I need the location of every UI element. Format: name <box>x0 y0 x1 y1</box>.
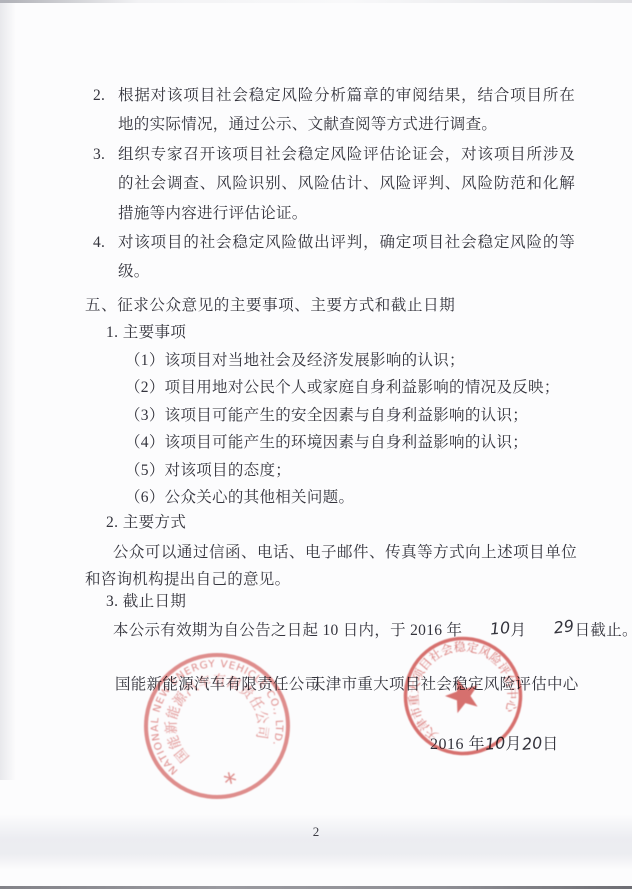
subsection-label-deadline: 3. 截止日期 <box>106 589 186 611</box>
list-item: （4）该项目可能产生的环境因素与自身利益影响的认识； <box>125 429 560 456</box>
list-item: （5）对该项目的态度； <box>125 457 560 484</box>
list-item-number: 4. <box>93 228 105 257</box>
seal-english-text: NATIONAL NEW ENERGY VEHICLE CO., LTD. <box>136 645 292 780</box>
subsection-label-main-items: 1. 主要事项 <box>106 320 186 342</box>
list-item: （6）公众关心的其他相关问题。 <box>125 484 560 511</box>
subsection-label-main-methods: 2. 主要方式 <box>106 510 186 532</box>
scan-left-edge <box>0 0 16 780</box>
main-items-list: （1）该项目对当地社会及经济发展影响的认识； （2）项目用地对公民个人或家庭自身… <box>125 347 560 511</box>
scanned-document-page: 2. 根据对该项目社会稳定风险分析篇章的审阅结果，结合项目所在地的实际情况，通过… <box>0 0 632 895</box>
list-item-text: 对该项目的社会稳定风险做出评判，确定项目社会稳定风险的等级。 <box>118 234 575 280</box>
list-item: （2）项目用地对公民个人或家庭自身利益影响的情况及反映； <box>125 374 560 401</box>
assessment-center-seal-stamp: 天津市重大项目社会稳定风险评估中心 <box>393 626 533 766</box>
section-heading: 五、征求公众意见的主要事项、主要方式和截止日期 <box>85 293 455 315</box>
day-unit: 日 <box>542 736 559 753</box>
list-item: （1）该项目对当地社会及经济发展影响的认识； <box>125 347 560 374</box>
methods-paragraph: 公众可以通过信函、电话、电子邮件、传真等方式向上述项目单位和咨询机构提出自己的意… <box>85 539 577 594</box>
list-item-number: 3. <box>93 140 105 169</box>
company-seal-stamp: NATIONAL NEW ENERGY VEHICLE CO., LTD. 国能… <box>132 641 302 811</box>
seal-star-icon <box>441 674 484 716</box>
svg-text:NATIONAL NEW ENERGY VEHICLE CO: NATIONAL NEW ENERGY VEHICLE CO., LTD. <box>136 645 292 780</box>
list-item: 4. 对该项目的社会稳定风险做出评判，确定项目社会稳定风险的等级。 <box>93 228 575 287</box>
list-item: 2. 根据对该项目社会稳定风险分析篇章的审阅结果，结合项目所在地的实际情况，通过… <box>93 81 575 140</box>
scan-crease-shadow <box>0 814 632 870</box>
scan-background <box>0 889 632 895</box>
list-item: （3）该项目可能产生的安全因素与自身利益影响的认识； <box>125 402 560 429</box>
deadline-suffix: 日截止。 <box>575 622 632 639</box>
list-item-text: 根据对该项目社会稳定风险分析篇章的审阅结果，结合项目所在地的实际情况，通过公示、… <box>118 87 575 133</box>
list-item: 3. 组织专家召开该项目社会稳定风险评估论证会，对该项目所涉及的社会调查、风险识… <box>93 140 575 228</box>
scan-top-edge <box>0 0 632 3</box>
seal-star-mark: * <box>221 767 241 799</box>
list-item-number: 2. <box>93 81 105 110</box>
numbered-list: 2. 根据对该项目社会稳定风险分析篇章的审阅结果，结合项目所在地的实际情况，通过… <box>93 81 575 287</box>
list-item-text: 组织专家召开该项目社会稳定风险评估论证会，对该项目所涉及的社会调查、风险识别、风… <box>118 146 575 222</box>
page-number: 2 <box>0 824 632 840</box>
